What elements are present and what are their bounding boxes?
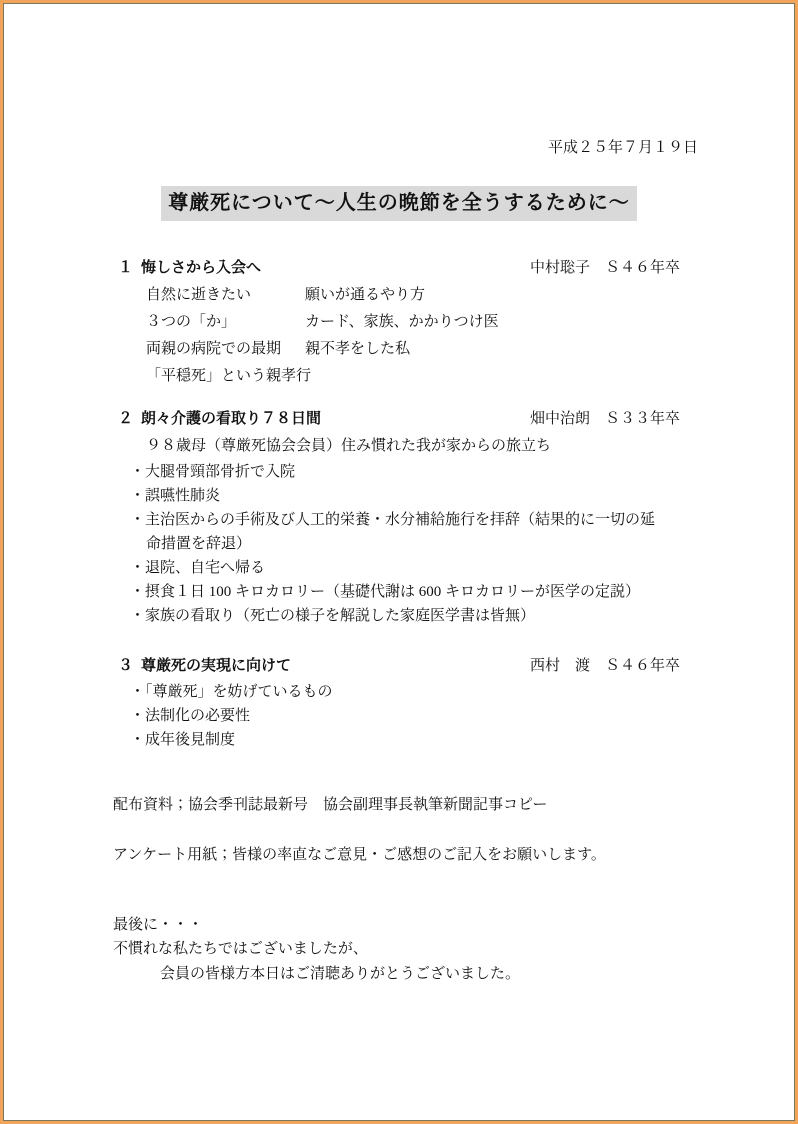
section-2-line: ・退院、自宅へ帰る [4, 556, 794, 580]
section-2-line: ９８歳母（尊厳死協会会員）住み慣れた我が家からの旅立ち [4, 433, 794, 460]
section-2-title: 朗々介護の看取り７８日間 [141, 406, 321, 433]
document-title: 尊厳死について～人生の晩節を全うするために～ [161, 186, 637, 221]
closing-intro: 最後に・・・ [4, 913, 794, 937]
section-2-line: ・主治医からの手術及び人工的栄養・水分補給施行を拝辞（結果的に一切の延 [4, 508, 794, 532]
section-2-line: ・家族の看取り（死亡の様子を解説した家庭医学書は皆無） [4, 604, 794, 628]
section-1-heading: １ 悔しさから入会へ 中村聡子 Ｓ４６年卒 [4, 255, 794, 282]
section-3-title: 尊厳死の実現に向けて [141, 653, 291, 680]
row-right: 親不孝をした私 [305, 341, 410, 357]
section-2-line: ・大腿骨頸部骨折で入院 [4, 460, 794, 484]
section-1: １ 悔しさから入会へ 中村聡子 Ｓ４６年卒 自然に逝きたい願いが通るやり方 ３つ… [4, 255, 794, 390]
section-1-row: 「平穏死」という親孝行 [4, 363, 794, 390]
section-3-heading: ３ 尊厳死の実現に向けて 西村 渡 Ｓ４６年卒 [4, 653, 794, 680]
document-page: 平成２５年７月１９日 尊厳死について～人生の晩節を全うするために～ １ 悔しさか… [3, 3, 795, 1121]
section-1-speaker: 中村聡子 Ｓ４６年卒 [530, 255, 680, 282]
section-2-line: ・誤嚥性肺炎 [4, 484, 794, 508]
section-2-line: ・摂食１日 100 キロカロリー（基礎代謝は 600 キロカロリーが医学の定説） [4, 580, 794, 604]
section-3-line: ・法制化の必要性 [4, 704, 794, 728]
section-3: ３ 尊厳死の実現に向けて 西村 渡 Ｓ４６年卒 ・「尊厳死」を妨げているもの ・… [4, 653, 794, 752]
section-2-speaker: 畑中治朗 Ｓ３３年卒 [530, 406, 680, 433]
title-row: 尊厳死について～人生の晩節を全うするために～ [4, 186, 794, 221]
page-border: 平成２５年７月１９日 尊厳死について～人生の晩節を全うするために～ １ 悔しさか… [0, 0, 798, 1124]
document-date: 平成２５年７月１９日 [4, 138, 794, 159]
section-2-line: 命措置を辞退） [4, 532, 794, 556]
section-1-row: 自然に逝きたい願いが通るやり方 [4, 282, 794, 309]
section-1-row: 両親の病院での最期親不孝をした私 [4, 336, 794, 363]
section-2-heading: ２ 朗々介護の看取り７８日間 畑中治朗 Ｓ３３年卒 [4, 406, 794, 433]
section-3-speaker: 西村 渡 Ｓ４６年卒 [530, 653, 680, 680]
questionnaire-note: アンケート用紙；皆様の率直なご意見・ご感想のご記入をお願いします。 [4, 843, 794, 867]
section-1-title: 悔しさから入会へ [141, 255, 261, 282]
section-2-number: ２ [118, 406, 141, 433]
section-1-row: ３つの「か」カード、家族、かかりつけ医 [4, 309, 794, 336]
handout-note: 配布資料；協会季刊誌最新号 協会副理事長執筆新聞記事コピー [4, 793, 794, 817]
row-left: 両親の病院での最期 [146, 336, 305, 363]
section-3-line: ・成年後見制度 [4, 728, 794, 752]
section-1-number: １ [118, 255, 141, 282]
row-right: カード、家族、かかりつけ医 [305, 314, 499, 330]
row-right: 願いが通るやり方 [305, 287, 425, 303]
section-2: ２ 朗々介護の看取り７８日間 畑中治朗 Ｓ３３年卒 ９８歳母（尊厳死協会会員）住… [4, 406, 794, 628]
row-left: ３つの「か」 [146, 309, 305, 336]
section-3-number: ３ [118, 653, 141, 680]
closing-line-2: 会員の皆様方本日はご清聴ありがとうございました。 [4, 962, 794, 986]
row-left: 自然に逝きたい [146, 282, 305, 309]
section-3-line: ・「尊厳死」を妨げているもの [4, 680, 794, 704]
closing-line-1: 不慣れな私たちではございましたが、 [4, 937, 794, 962]
row-left: 「平穏死」という親孝行 [146, 363, 311, 390]
